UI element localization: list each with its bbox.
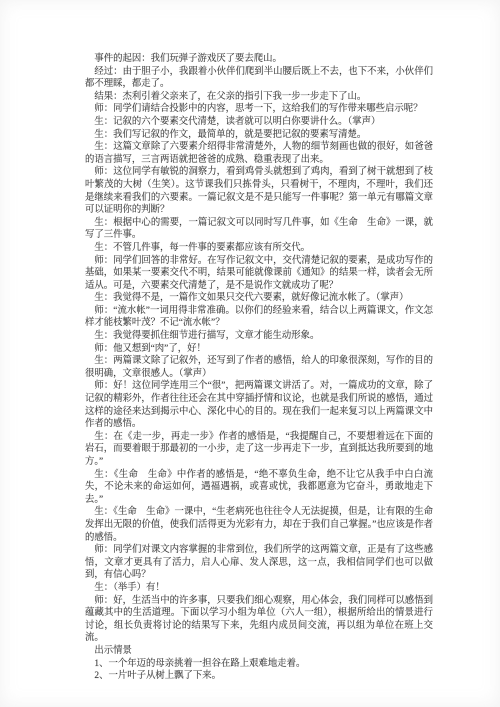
paragraph: 生：根据中心的需要，一篇记叙文可以同时写几件事，如《生命 生命》一课，就写了三件… xyxy=(85,217,433,242)
paragraph: 师：这位同学有敏锐的洞察力，看到鸡骨头就想到了鸡肉，看到了树干就想到了枝叶繁茂的… xyxy=(85,166,433,216)
paragraph: 1、一个年迈的母亲挑着一担谷在路上艰难地走着。 xyxy=(85,658,433,671)
paragraph: 结果：杰利引着父亲来了，在父亲的指引下我一步一步走下了山。 xyxy=(85,91,433,104)
paragraph: 事件的起因：我们玩弹子游戏厌了要去爬山。 xyxy=(85,53,433,66)
paragraph: 生：《生命 生命》中作者的感悟是，“绝不辜负生命，绝不让它从我手中白白流失，不论… xyxy=(85,469,433,507)
paragraph: 生：我觉得要抓住细节进行描写，文章才能生动形象。 xyxy=(85,330,433,343)
paragraph: 师：好，生活当中的许多事，只要我们细心观察，用心体会，我们同样可以感悟到蕴藏其中… xyxy=(85,595,433,645)
transcript-text-block: 事件的起因：我们玩弹子游戏厌了要去爬山。经过：由于胆子小，我跟着小伙伴们爬到半山… xyxy=(85,53,433,683)
paragraph: 师：好！这位同学连用三个“很”，把两篇课文讲活了。对，一篇成功的文章，除了记叙的… xyxy=(85,380,433,430)
paragraph: 师：“流水帐”一词用得非常准确。以你们的经验来看，结合以上两篇课文，作文怎样才能… xyxy=(85,305,433,330)
document-page: 事件的起因：我们玩弹子游戏厌了要去爬山。经过：由于胆子小，我跟着小伙伴们爬到半山… xyxy=(0,0,500,707)
paragraph: 生：记叙的六个要素交代清楚，读者就可以明白你要讲什么。（掌声） xyxy=(85,116,433,129)
paragraph: 生：（举手）有！ xyxy=(85,582,433,595)
paragraph: 师：同学们请结合投影中的内容，思考一下，这给我们的写作带来哪些启示呢？ xyxy=(85,103,433,116)
paragraph: 生：《生命 生命》一课中，“生老病死也往往令人无法捉摸，但是，让有限的生命发挥出… xyxy=(85,506,433,544)
paragraph: 生：我们写记叙的作文，最简单的，就是要把记叙的要素写清楚。 xyxy=(85,129,433,142)
paragraph: 师：同学们对课文内容掌握的非常到位，我们所学的这两篇文章，正是有了这些感悟，文章… xyxy=(85,544,433,582)
paragraph: 师：他又想到“肉”了，好！ xyxy=(85,343,433,356)
paragraph: 生：这篇文章除了六要素介绍得非常清楚外，人物的细节刻画也做的很好，如爸爸的语言描… xyxy=(85,141,433,166)
paragraph: 生：在《走一步，再走一步》作者的感悟是，“我提醒自己，不要想着远在下面的岩石，而… xyxy=(85,431,433,469)
paragraph: 生：不管几件事，每一件事的要素都应该有所交代。 xyxy=(85,242,433,255)
paragraph: 生：我觉得不是，一篇作文如果只交代六要素，就好像记流水帐了。（掌声） xyxy=(85,292,433,305)
paragraph: 师：同学们回答的非常好。在写作记叙文中，交代清楚记叙的要素，是成功写作的基础，如… xyxy=(85,255,433,293)
paragraph: 生：两篇课文除了记叙外，还写到了作者的感悟，给人的印象很深刻，写作的目的很明确，… xyxy=(85,355,433,380)
paragraph: 2、一片叶子从树上飘了下来。 xyxy=(85,670,433,683)
paragraph: 经过：由于胆子小，我跟着小伙伴们爬到半山腰后既上不去，也下不来，小伙伴们都不理睬… xyxy=(85,66,433,91)
section-heading: 出示情景 xyxy=(85,645,433,658)
